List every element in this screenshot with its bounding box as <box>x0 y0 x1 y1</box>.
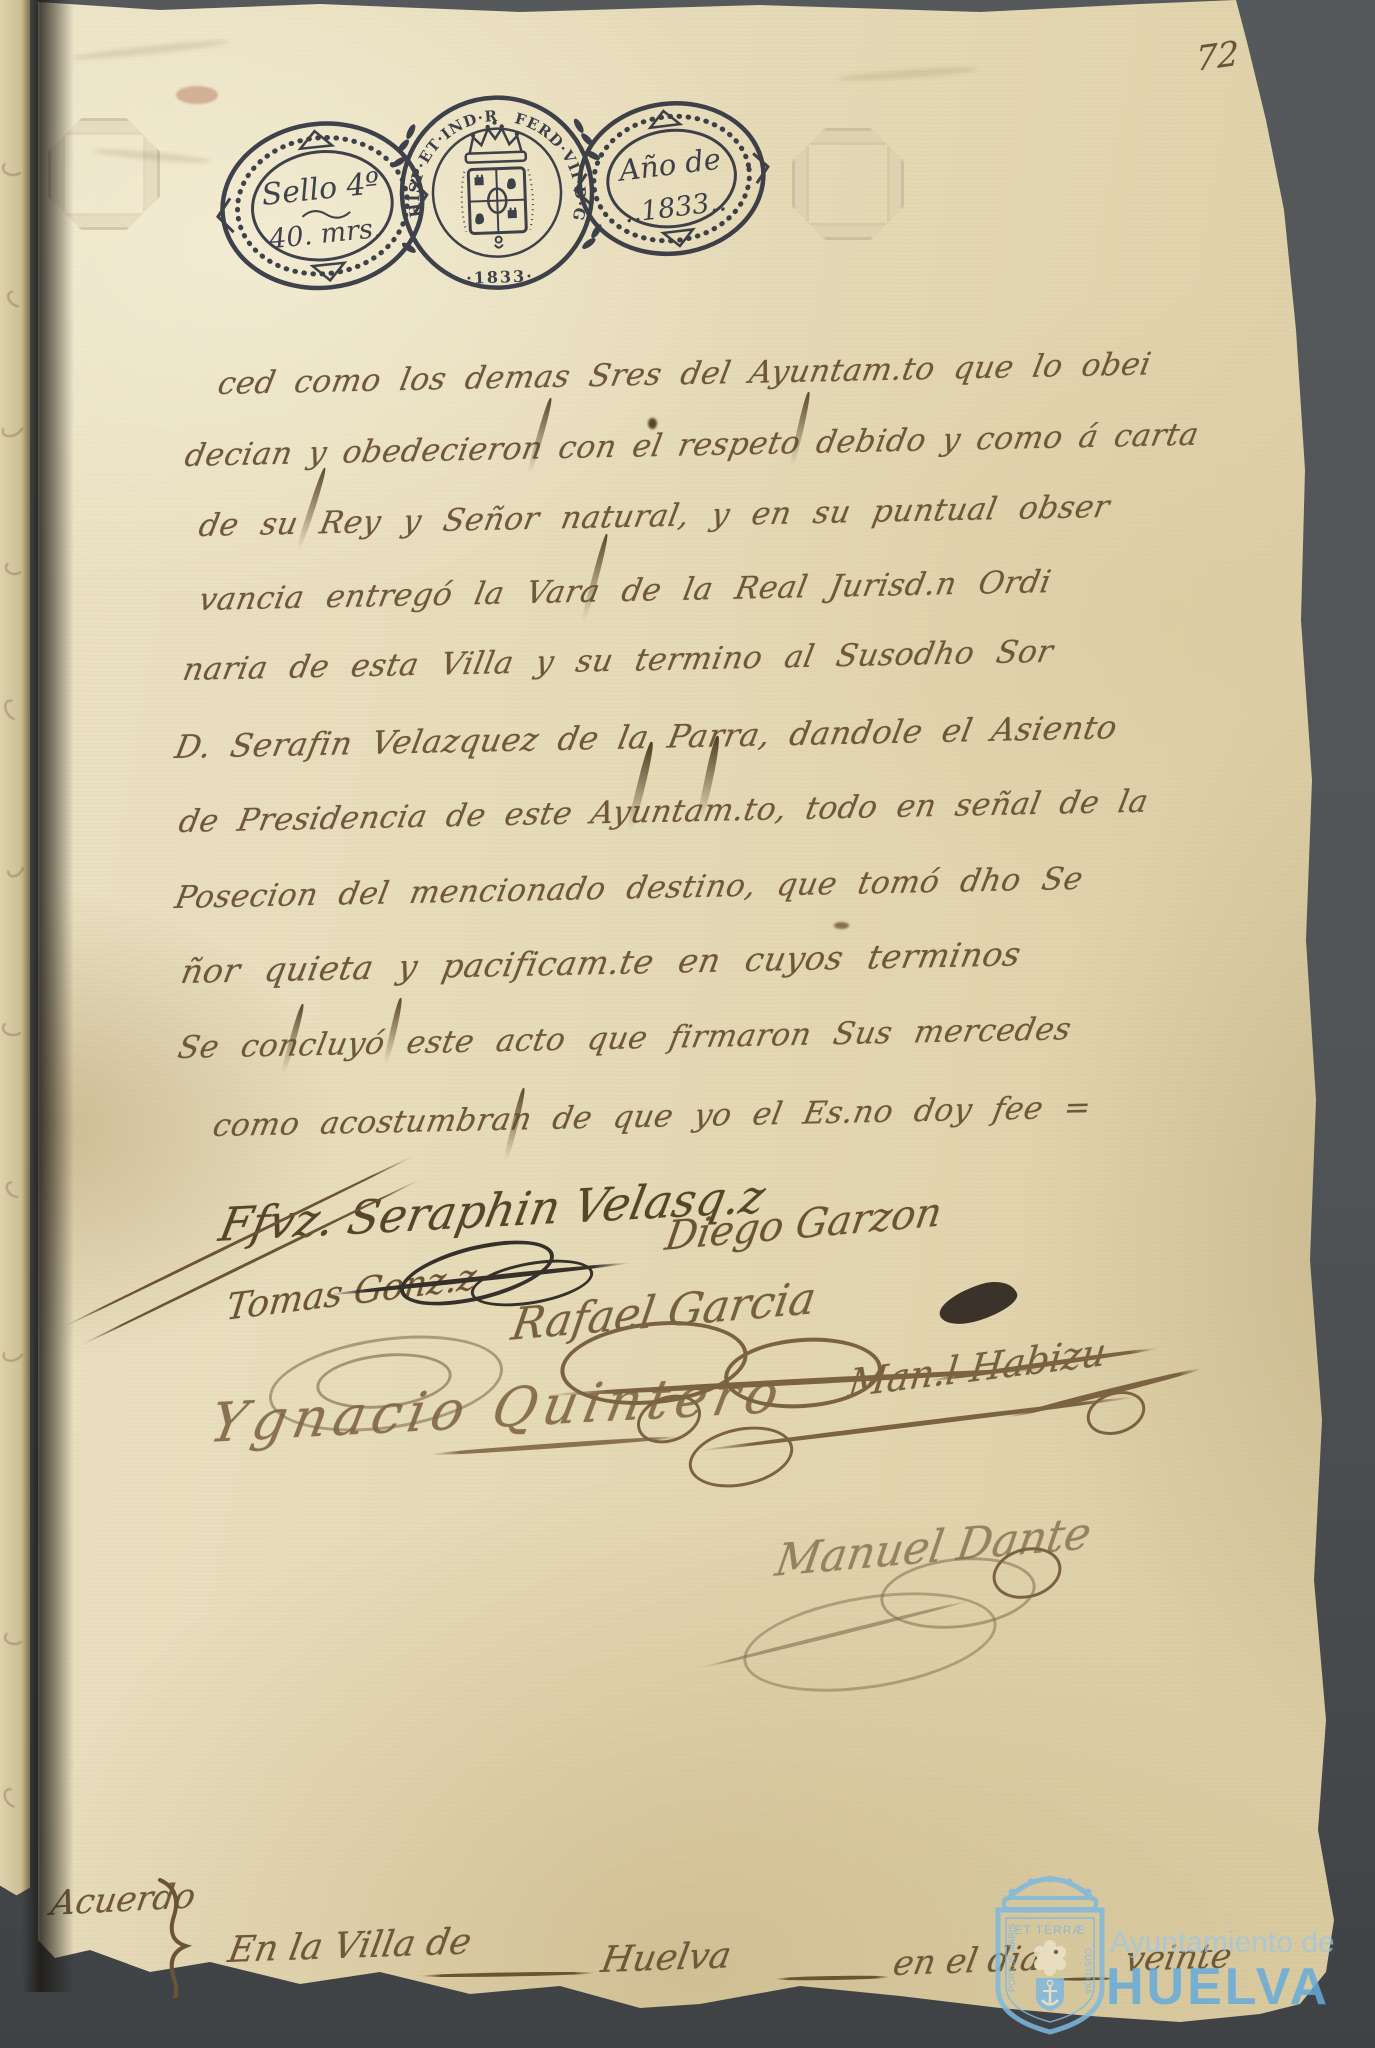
margin-ink-fragment <box>4 1630 25 1645</box>
revenue-stamp: Sello 4º 40. mrs. HISP·ET·IND·R FERD·VII… <box>193 75 780 310</box>
year-label-text: Año de <box>614 142 722 189</box>
royal-arms-stamp: HISP·ET·IND·R FERD·VII·D·G ·1833· <box>388 94 606 291</box>
watermark-organization: Ayuntamiento de <box>1110 1926 1335 1959</box>
margin-ink-fragment <box>4 287 28 311</box>
embossed-seal-left <box>48 118 160 230</box>
previous-page-edge <box>0 0 30 1942</box>
shield-motto-right: CUSTODIA <box>1083 1948 1093 1994</box>
watermark-city: HUELVA <box>1106 1958 1330 2016</box>
shield-motto-left: PORTUS MARIS <box>1007 1924 1017 1992</box>
margin-ink-fragment <box>0 415 27 441</box>
page-number: 72 <box>1196 34 1239 80</box>
margin-ink-fragment <box>5 560 24 575</box>
year-value-text: ..1833.. <box>622 186 728 229</box>
anchor-shield-icon <box>1036 1978 1064 2011</box>
shield-motto-top: ET TERRÆ <box>1015 1923 1086 1937</box>
closing-text-part: Huelva <box>598 1935 734 1981</box>
margin-ink-fragment <box>2 160 24 176</box>
margin-ink-fragment <box>4 857 27 880</box>
acuerdo-brace <box>140 1878 210 1998</box>
rosette-icon <box>1034 1940 1066 1976</box>
archive-photo: 72 Sello 4º 40. mrs. <box>0 0 1375 2048</box>
huelva-archive-watermark: ET TERRÆ PORTUS MARIS CUSTODIA Ayuntamie… <box>958 1874 1368 2048</box>
closing-text-part: En la Villa de <box>225 1921 475 1971</box>
year-stamp: Año de ..1833.. <box>566 92 777 265</box>
margin-ink-fragment <box>2 1020 24 1036</box>
sello-class-text: Sello 4º <box>260 166 381 213</box>
arms-year-text: ·1833· <box>466 266 534 287</box>
margin-ink-fragment <box>0 1784 26 1811</box>
sello-value-text: 40. mrs. <box>267 213 383 256</box>
margin-ink-fragment <box>0 1341 27 1365</box>
margin-ink-fragment <box>3 1178 28 1202</box>
margin-ink-fragment <box>0 696 26 724</box>
ink-spot <box>834 922 849 929</box>
